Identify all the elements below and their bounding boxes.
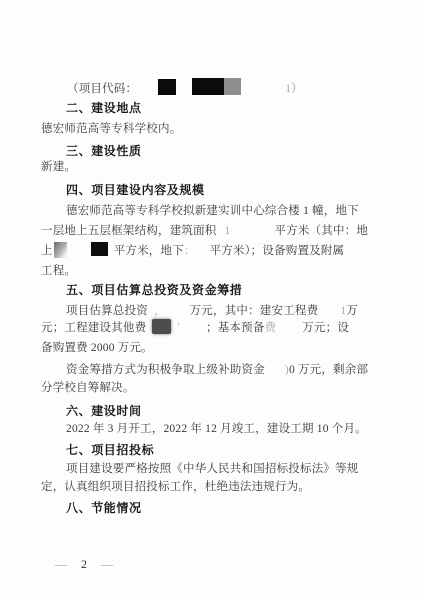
redaction-box-black-1: [158, 79, 176, 95]
footer-dash-right: —: [101, 557, 113, 571]
scope-paragraph-line-3: 上平方米，地下：平方米）；设备购置及附属: [41, 242, 381, 260]
investment-line-2: 元；工程建设其他费ʹ；基本预备费万元；设: [41, 319, 381, 337]
whiteout-remnant-tick: ʹ: [177, 322, 180, 334]
investment-line1-text-c: 万: [346, 305, 358, 317]
scope-line3-text-a: 上: [41, 245, 53, 257]
investment-line-1: 项目估算总投资，万元，其中：建安工程费1万: [41, 302, 406, 320]
heading-section-7-bidding: 七、项目招投标: [41, 441, 406, 459]
investment-line2-text-c: 万元；设: [302, 322, 349, 334]
scanned-document-page: （项目代码：1） 二、建设地点 德宏师范高等专科学校内。 三、建设性质 新建。 …: [0, 0, 424, 600]
funding-line-2: 分学校自筹解决。: [41, 379, 381, 397]
investment-line2-text-a: 元；工程建设其他费: [41, 322, 146, 334]
project-code-line: （项目代码：1）: [41, 78, 407, 96]
scope-line3-text-b: 平方米，地下: [114, 245, 184, 257]
footer-dash-left: —: [55, 557, 67, 571]
redaction-box-dark-gray: [152, 319, 171, 334]
funding-line1-text-a: 资金筹措方式为积极争取上级补助资金: [66, 364, 265, 376]
body-location: 德宏师范高等专科学校内。: [41, 120, 381, 138]
whiteout-remnant-dot: ，: [154, 305, 166, 317]
funding-line-1: 资金筹措方式为积极争取上级补助资金)0 万元，剩余部: [41, 361, 406, 379]
scope-line2-text-b: 平方米（其中：地: [274, 225, 368, 237]
heading-section-6-schedule: 六、建设时间: [41, 402, 406, 420]
body-schedule: 2022 年 3 月开工，2022 年 12 月竣工，建设工期 10 个月。: [41, 420, 406, 438]
investment-line-3: 备购置费 2000 万元。: [41, 339, 381, 357]
scope-paragraph-line-2: 一层地上五层框架结构，建筑面积1平方米（其中：地: [41, 222, 381, 240]
investment-line2-text-b: ；基本预备: [206, 322, 265, 334]
project-code-close-paren: ）: [291, 83, 303, 95]
heading-section-5-investment: 五、项目估算总投资及资金筹措: [41, 281, 406, 299]
investment-line1-text-b: 万元，其中：建安工程费: [190, 305, 319, 317]
scope-line2-text-a: 一层地上五层框架结构，建筑面积: [41, 225, 217, 237]
bidding-paragraph-line-2: 定，认真组织项目招投标工作，杜绝违法违规行为。: [41, 478, 381, 496]
heading-section-4-scope: 四、项目建设内容及规模: [41, 181, 406, 199]
funding-line1-text-b: 0 万元，剩余部: [289, 364, 368, 376]
project-code-prefix: （项目代码：: [67, 83, 137, 95]
body-nature: 新建。: [41, 158, 381, 176]
whiteout-smudge: [54, 242, 67, 258]
scope-paragraph-line-1: 德宏师范高等专科学校拟新建实训中心综合楼 1 幢，地下: [41, 202, 406, 220]
page-number-footer: —2—: [55, 556, 113, 572]
bidding-paragraph-line-1: 项目建设要严格按照《中华人民共和国招标投标法》等规: [41, 460, 406, 478]
redaction-box-black-3: [91, 242, 108, 256]
whiteout-remnant-area-digit: 1: [225, 225, 231, 237]
faded-character-fee: 费: [265, 322, 277, 334]
whiteout-remnant-colon: ：: [184, 245, 196, 257]
heading-section-8-energy: 八、节能情况: [41, 499, 406, 517]
redaction-box-black-gray-2: [192, 78, 241, 95]
investment-line1-text-a: 项目估算总投资: [66, 305, 148, 317]
heading-section-2-location: 二、建设地点: [41, 99, 406, 117]
scope-line3-text-c: 平方米）；设备购置及附属: [210, 245, 345, 257]
scope-paragraph-line-4: 工程。: [41, 262, 381, 280]
footer-page-number: 2: [81, 557, 87, 571]
